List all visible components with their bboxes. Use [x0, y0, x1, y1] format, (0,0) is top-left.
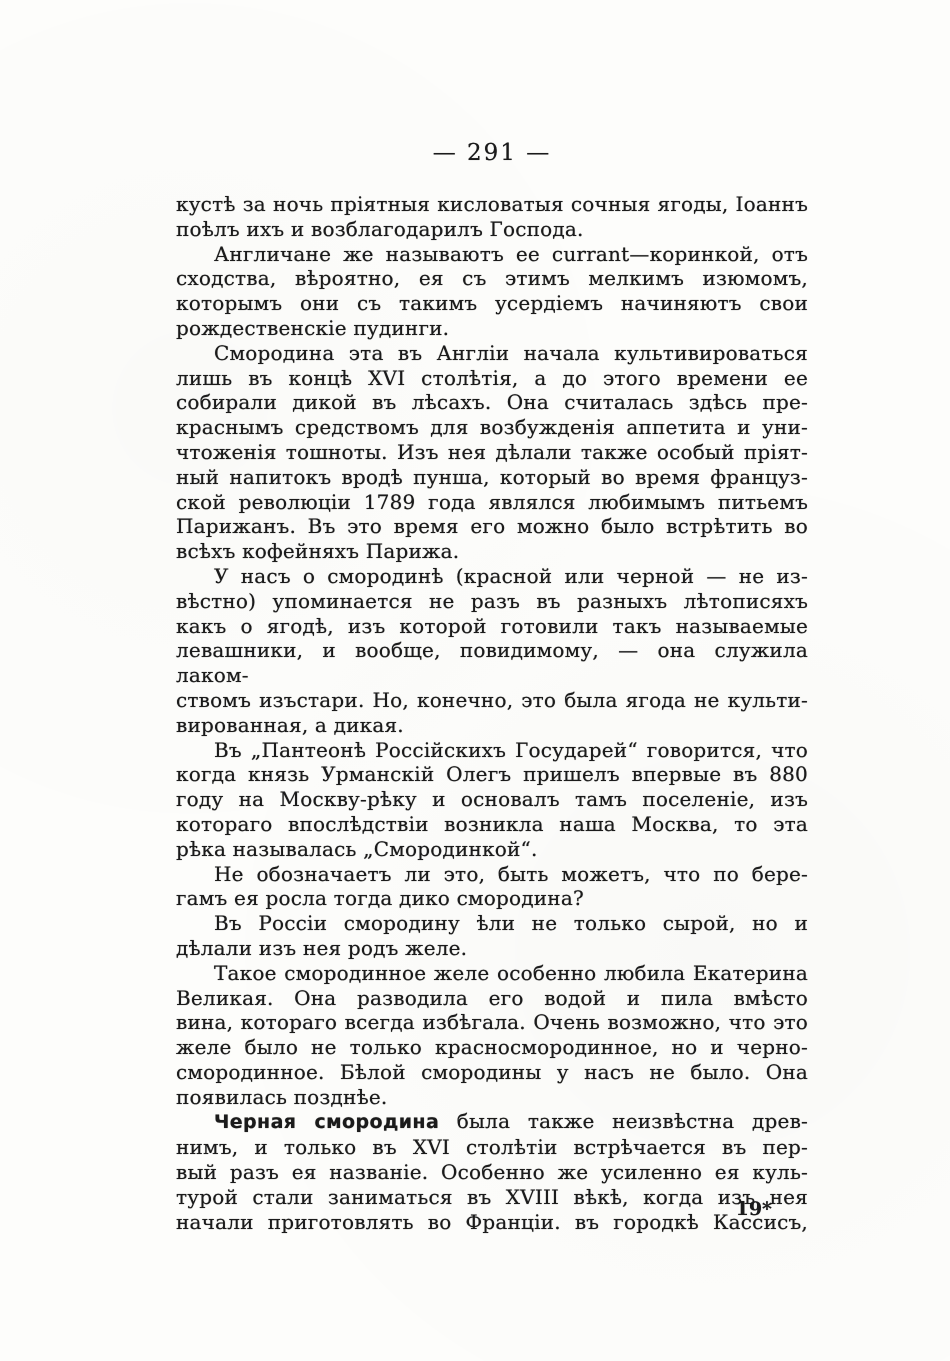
paragraph: У насъ о смородинѣ (красной или черной —… — [176, 564, 808, 738]
text-line: Черная смородина была также неизвѣстна д… — [176, 1109, 808, 1135]
text-line: когда князь Урманскій Олегъ пришелъ впер… — [176, 762, 808, 787]
text-line: котораго впослѣдствіи возникла наша Моск… — [176, 812, 808, 837]
text-line: дѣлали изъ нея родъ желе. — [176, 936, 808, 961]
text-line: какъ о ягодѣ, изъ которой готовили такъ … — [176, 614, 808, 639]
text-line: всѣхъ кофейняхъ Парижа. — [176, 539, 808, 564]
text-line: вина, котораго всегда избѣгала. Очень во… — [176, 1010, 808, 1035]
text-line: лишь въ концѣ XVI столѣтія, а до этого в… — [176, 366, 808, 391]
text-line: У насъ о смородинѣ (красной или черной —… — [176, 564, 808, 589]
paragraph: Смородина эта въ Англіи начала культивир… — [176, 341, 808, 564]
text-line: Такое смородинное желе особенно любила Е… — [176, 961, 808, 986]
book-page: — 291 — кустѣ за ночь пріятныя кисловаты… — [0, 0, 950, 1361]
text-line: Въ „Пантеонѣ Россійскихъ Государей“ гово… — [176, 738, 808, 763]
paragraph: Такое смородинное желе особенно любила Е… — [176, 961, 808, 1110]
text-line: рождественскіе пудинги. — [176, 316, 808, 341]
text-line: вый разъ ея названіе. Особенно же усилен… — [176, 1160, 808, 1185]
text-line: году на Москву-рѣку и основалъ тамъ посе… — [176, 787, 808, 812]
text-line: ный напитокъ вродѣ пунша, который во вре… — [176, 465, 808, 490]
text-line: Англичане же называютъ ее currant—коринк… — [176, 242, 808, 267]
text-line: левашники, и вообще, повидимому, — она с… — [176, 638, 808, 688]
text-line: рѣка называлась „Смородинкой“. — [176, 837, 808, 862]
text-line: поѣлъ ихъ и возблагодарилъ Господа. — [176, 217, 808, 242]
text-line: чтоженія тошноты. Изъ нея дѣлали также о… — [176, 440, 808, 465]
signature-mark: 19* — [736, 1198, 772, 1220]
text-line: ствомъ изъстари. Но, конечно, это была я… — [176, 688, 808, 713]
text-line: Въ Россіи смородину ѣли не только сырой,… — [176, 911, 808, 936]
text-line: Смородина эта въ Англіи начала культивир… — [176, 341, 808, 366]
paragraph: кустѣ за ночь пріятныя кисловатыя сочныя… — [176, 192, 808, 242]
text-line: вированная, а дикая. — [176, 713, 808, 738]
paragraph: Не обозначаетъ ли это, быть можетъ, что … — [176, 862, 808, 912]
text-line: Парижанъ. Въ это время его можно было вс… — [176, 514, 808, 539]
paragraph: Англичане же называютъ ее currant—коринк… — [176, 242, 808, 341]
page-footer: 19* — [176, 1198, 808, 1220]
text-line: появилась позднѣе. — [176, 1085, 808, 1110]
text-line: желе было не только красносмородинное, н… — [176, 1035, 808, 1060]
paragraph: Въ „Пантеонѣ Россійскихъ Государей“ гово… — [176, 738, 808, 862]
text-line: ской революціи 1789 года являлся любимым… — [176, 490, 808, 515]
page-header: — 291 — — [176, 140, 808, 166]
page-number: — 291 — — [433, 140, 552, 166]
text-line: гамъ ея росла тогда дико смородина? — [176, 886, 808, 911]
text-line: вѣстно) упоминается не разъ въ разныхъ л… — [176, 589, 808, 614]
text-line: собирали дикой въ лѣсахъ. Она считалась … — [176, 390, 808, 415]
text-line: краснымъ средствомъ для возбужденія аппе… — [176, 415, 808, 440]
text-line: Великая. Она разводила его водой и пила … — [176, 986, 808, 1011]
text-line: смородинное. Бѣлой смородины у насъ не б… — [176, 1060, 808, 1085]
text-line: нимъ, и только въ XVI столѣтіи встрѣчает… — [176, 1135, 808, 1160]
text-column: кустѣ за ночь пріятныя кисловатыя сочныя… — [176, 192, 808, 1234]
text-line: сходства, вѣроятно, ея съ этимъ мелкимъ … — [176, 266, 808, 291]
paragraph: Въ Россіи смородину ѣли не только сырой,… — [176, 911, 808, 961]
bold-lead-text: Черная смородина — [214, 1111, 439, 1133]
text-line: Не обозначаетъ ли это, быть можетъ, что … — [176, 862, 808, 887]
text-line: которымъ они съ такимъ усердіемъ начиняю… — [176, 291, 808, 316]
text-line: кустѣ за ночь пріятныя кисловатыя сочныя… — [176, 192, 808, 217]
